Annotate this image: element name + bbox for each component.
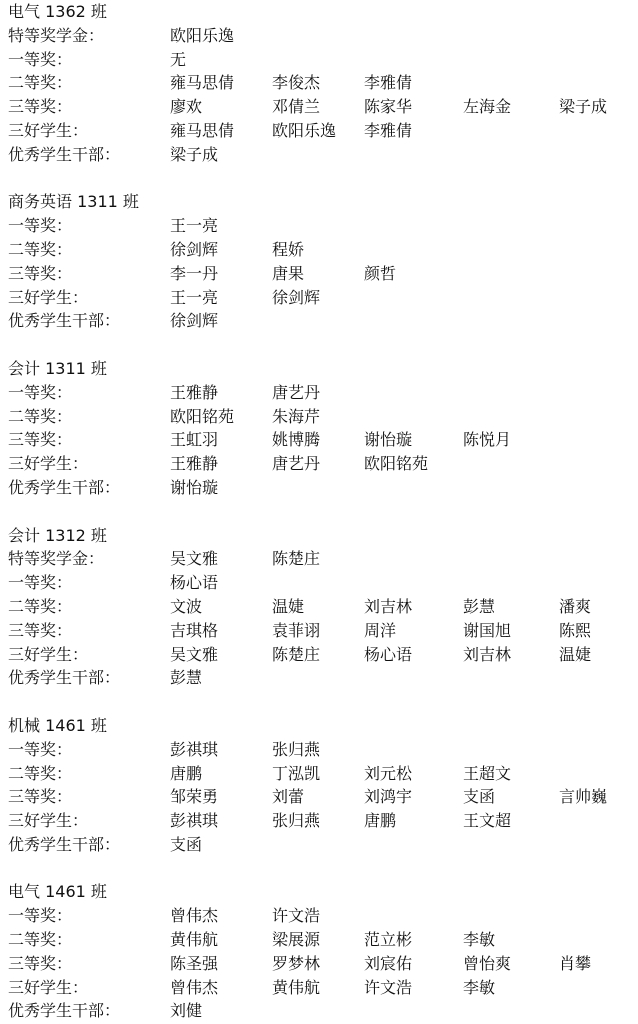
class-title: 电气 1461 班: [0, 880, 638, 904]
student-name: 曾伟杰: [170, 976, 218, 1000]
student-name: 梁展源: [272, 928, 320, 952]
student-name: 支函: [463, 785, 495, 809]
student-name: 廖欢: [170, 95, 202, 119]
award-label: 三好学生：: [8, 119, 88, 143]
student-name: 徐剑辉: [170, 238, 218, 262]
award-row: 一等奖：曾伟杰许文浩: [0, 904, 638, 928]
student-name: 刘蕾: [272, 785, 304, 809]
student-name: 程娇: [272, 238, 304, 262]
class-section: 电气 1362 班特等奖学金：欧阳乐逸一等奖：无二等奖：雍马思倩李俊杰李雅倩三等…: [0, 0, 638, 190]
award-label: 三好学生：: [8, 286, 88, 310]
award-row: 特等奖学金：吴文雅陈楚庄: [0, 547, 638, 571]
student-name: 罗梦林: [272, 952, 320, 976]
award-label: 优秀学生干部：: [8, 666, 120, 690]
student-name: 李一丹: [170, 262, 218, 286]
student-name: 张归燕: [272, 809, 320, 833]
class-title: 电气 1362 班: [0, 0, 638, 24]
student-name: 李敏: [463, 928, 495, 952]
section-spacer: [0, 500, 638, 524]
award-row: 优秀学生干部：彭慧: [0, 666, 638, 690]
student-name: 许文浩: [272, 904, 320, 928]
student-name: 刘元松: [364, 762, 412, 786]
award-row: 一等奖：彭祺琪张归燕: [0, 738, 638, 762]
student-name: 文波: [170, 595, 202, 619]
student-name: 王雅静: [170, 381, 218, 405]
student-name: 杨心语: [364, 643, 412, 667]
student-name: 彭祺琪: [170, 809, 218, 833]
class-section: 机械 1461 班一等奖：彭祺琪张归燕二等奖：唐鹏丁泓凯刘元松王超文三等奖：邹荣…: [0, 714, 638, 881]
award-row: 二等奖：唐鹏丁泓凯刘元松王超文: [0, 762, 638, 786]
award-label: 一等奖：: [8, 571, 72, 595]
student-name: 言帅巍: [559, 785, 607, 809]
student-name: 吴文雅: [170, 547, 218, 571]
award-row: 三等奖：邹荣勇刘蕾刘鸿宇支函言帅巍: [0, 785, 638, 809]
section-spacer: [0, 857, 638, 881]
student-name: 曾怡爽: [463, 952, 511, 976]
student-name: 唐艺丹: [272, 452, 320, 476]
class-title: 会计 1311 班: [0, 357, 638, 381]
award-label: 优秀学生干部：: [8, 476, 120, 500]
award-label: 优秀学生干部：: [8, 143, 120, 167]
student-name: 唐艺丹: [272, 381, 320, 405]
class-title: 商务英语 1311 班: [0, 190, 638, 214]
student-name: 颜哲: [364, 262, 396, 286]
student-name: 唐鹏: [364, 809, 396, 833]
student-name: 李雅倩: [364, 71, 412, 95]
student-name: 唐鹏: [170, 762, 202, 786]
student-name: 张归燕: [272, 738, 320, 762]
award-row: 三好学生：王雅静唐艺丹欧阳铭苑: [0, 452, 638, 476]
class-section: 会计 1311 班一等奖：王雅静唐艺丹二等奖：欧阳铭苑朱海芹三等奖：王虹羽姚博腾…: [0, 357, 638, 524]
class-title: 机械 1461 班: [0, 714, 638, 738]
student-name: 梁子成: [170, 143, 218, 167]
student-name: 无: [170, 48, 186, 72]
student-name: 朱海芹: [272, 405, 320, 429]
award-row: 三好学生：雍马思倩欧阳乐逸李雅倩: [0, 119, 638, 143]
student-name: 李俊杰: [272, 71, 320, 95]
award-row: 一等奖：杨心语: [0, 571, 638, 595]
award-row: 三好学生：吴文雅陈楚庄杨心语刘吉林温婕: [0, 643, 638, 667]
student-name: 王一亮: [170, 214, 218, 238]
award-label: 三好学生：: [8, 643, 88, 667]
student-name: 谢怡璇: [170, 476, 218, 500]
student-name: 陈熙: [559, 619, 591, 643]
class-section: 会计 1312 班特等奖学金：吴文雅陈楚庄一等奖：杨心语二等奖：文波温婕刘吉林彭…: [0, 524, 638, 714]
award-row: 优秀学生干部：刘健: [0, 999, 638, 1023]
section-spacer: [0, 333, 638, 357]
award-row: 优秀学生干部：谢怡璇: [0, 476, 638, 500]
award-row: 三等奖：李一丹唐果颜哲: [0, 262, 638, 286]
student-name: 陈家华: [364, 95, 412, 119]
student-name: 王雅静: [170, 452, 218, 476]
student-name: 陈圣强: [170, 952, 218, 976]
award-row: 一等奖：王一亮: [0, 214, 638, 238]
student-name: 彭慧: [170, 666, 202, 690]
student-name: 姚博腾: [272, 428, 320, 452]
student-name: 彭祺琪: [170, 738, 218, 762]
award-label: 一等奖：: [8, 48, 72, 72]
award-row: 一等奖：无: [0, 48, 638, 72]
student-name: 吉琪格: [170, 619, 218, 643]
award-row: 优秀学生干部：徐剑辉: [0, 309, 638, 333]
award-row: 优秀学生干部：支函: [0, 833, 638, 857]
award-label: 一等奖：: [8, 738, 72, 762]
student-name: 袁菲诩: [272, 619, 320, 643]
student-name: 黄伟航: [272, 976, 320, 1000]
student-name: 谢国旭: [463, 619, 511, 643]
award-label: 优秀学生干部：: [8, 833, 120, 857]
section-spacer: [0, 167, 638, 191]
student-name: 潘爽: [559, 595, 591, 619]
award-row: 三好学生：王一亮徐剑辉: [0, 286, 638, 310]
student-name: 彭慧: [463, 595, 495, 619]
award-row: 三等奖：廖欢邓倩兰陈家华左海金梁子成: [0, 95, 638, 119]
student-name: 刘吉林: [463, 643, 511, 667]
student-name: 支函: [170, 833, 202, 857]
student-name: 王超文: [463, 762, 511, 786]
student-name: 温婕: [559, 643, 591, 667]
student-name: 刘宸佑: [364, 952, 412, 976]
student-name: 梁子成: [559, 95, 607, 119]
student-name: 李雅倩: [364, 119, 412, 143]
award-row: 三等奖：陈圣强罗梦林刘宸佑曾怡爽肖攀: [0, 952, 638, 976]
award-label: 二等奖：: [8, 762, 72, 786]
student-name: 欧阳乐逸: [272, 119, 336, 143]
student-name: 陈楚庄: [272, 547, 320, 571]
student-name: 刘吉林: [364, 595, 412, 619]
award-row: 二等奖：徐剑辉程娇: [0, 238, 638, 262]
award-label: 三好学生：: [8, 809, 88, 833]
award-label: 特等奖学金：: [8, 547, 104, 571]
student-name: 陈楚庄: [272, 643, 320, 667]
award-row: 三好学生：彭祺琪张归燕唐鹏王文超: [0, 809, 638, 833]
student-name: 欧阳乐逸: [170, 24, 234, 48]
award-label: 优秀学生干部：: [8, 309, 120, 333]
student-name: 曾伟杰: [170, 904, 218, 928]
award-row: 二等奖：欧阳铭苑朱海芹: [0, 405, 638, 429]
award-label: 三等奖：: [8, 95, 72, 119]
award-row: 二等奖：文波温婕刘吉林彭慧潘爽: [0, 595, 638, 619]
award-label: 二等奖：: [8, 928, 72, 952]
award-row: 二等奖：雍马思倩李俊杰李雅倩: [0, 71, 638, 95]
student-name: 王文超: [463, 809, 511, 833]
award-label: 三等奖：: [8, 785, 72, 809]
student-name: 陈悦月: [463, 428, 511, 452]
student-name: 邹荣勇: [170, 785, 218, 809]
award-label: 特等奖学金：: [8, 24, 104, 48]
award-label: 一等奖：: [8, 904, 72, 928]
student-name: 雍马思倩: [170, 71, 234, 95]
award-label: 三等奖：: [8, 619, 72, 643]
student-name: 黄伟航: [170, 928, 218, 952]
award-label: 一等奖：: [8, 381, 72, 405]
award-row: 特等奖学金：欧阳乐逸: [0, 24, 638, 48]
student-name: 杨心语: [170, 571, 218, 595]
student-name: 王虹羽: [170, 428, 218, 452]
student-name: 丁泓凯: [272, 762, 320, 786]
student-name: 欧阳铭苑: [364, 452, 428, 476]
award-row: 一等奖：王雅静唐艺丹: [0, 381, 638, 405]
award-label: 二等奖：: [8, 405, 72, 429]
award-row: 二等奖：黄伟航梁展源范立彬李敏: [0, 928, 638, 952]
student-name: 王一亮: [170, 286, 218, 310]
student-name: 谢怡璇: [364, 428, 412, 452]
award-label: 二等奖：: [8, 71, 72, 95]
award-label: 三好学生：: [8, 452, 88, 476]
student-name: 刘健: [170, 999, 202, 1023]
student-name: 刘鸿宇: [364, 785, 412, 809]
award-label: 二等奖：: [8, 595, 72, 619]
award-row: 优秀学生干部：梁子成: [0, 143, 638, 167]
student-name: 吴文雅: [170, 643, 218, 667]
class-title: 会计 1312 班: [0, 524, 638, 548]
student-name: 邓倩兰: [272, 95, 320, 119]
student-name: 周洋: [364, 619, 396, 643]
award-label: 三等奖：: [8, 428, 72, 452]
award-label: 三等奖：: [8, 262, 72, 286]
award-label: 三等奖：: [8, 952, 72, 976]
award-label: 三好学生：: [8, 976, 88, 1000]
class-section: 电气 1461 班一等奖：曾伟杰许文浩二等奖：黄伟航梁展源范立彬李敏三等奖：陈圣…: [0, 880, 638, 1023]
student-name: 李敏: [463, 976, 495, 1000]
student-name: 肖攀: [559, 952, 591, 976]
class-section: 商务英语 1311 班一等奖：王一亮二等奖：徐剑辉程娇三等奖：李一丹唐果颜哲三好…: [0, 190, 638, 357]
student-name: 徐剑辉: [170, 309, 218, 333]
section-spacer: [0, 690, 638, 714]
student-name: 左海金: [463, 95, 511, 119]
award-label: 二等奖：: [8, 238, 72, 262]
student-name: 许文浩: [364, 976, 412, 1000]
student-name: 徐剑辉: [272, 286, 320, 310]
student-name: 雍马思倩: [170, 119, 234, 143]
award-label: 一等奖：: [8, 214, 72, 238]
student-name: 欧阳铭苑: [170, 405, 234, 429]
student-name: 范立彬: [364, 928, 412, 952]
award-document: 电气 1362 班特等奖学金：欧阳乐逸一等奖：无二等奖：雍马思倩李俊杰李雅倩三等…: [0, 0, 638, 1023]
student-name: 温婕: [272, 595, 304, 619]
award-row: 三好学生：曾伟杰黄伟航许文浩李敏: [0, 976, 638, 1000]
award-row: 三等奖：王虹羽姚博腾谢怡璇陈悦月: [0, 428, 638, 452]
award-row: 三等奖：吉琪格袁菲诩周洋谢国旭陈熙: [0, 619, 638, 643]
student-name: 唐果: [272, 262, 304, 286]
award-label: 优秀学生干部：: [8, 999, 120, 1023]
